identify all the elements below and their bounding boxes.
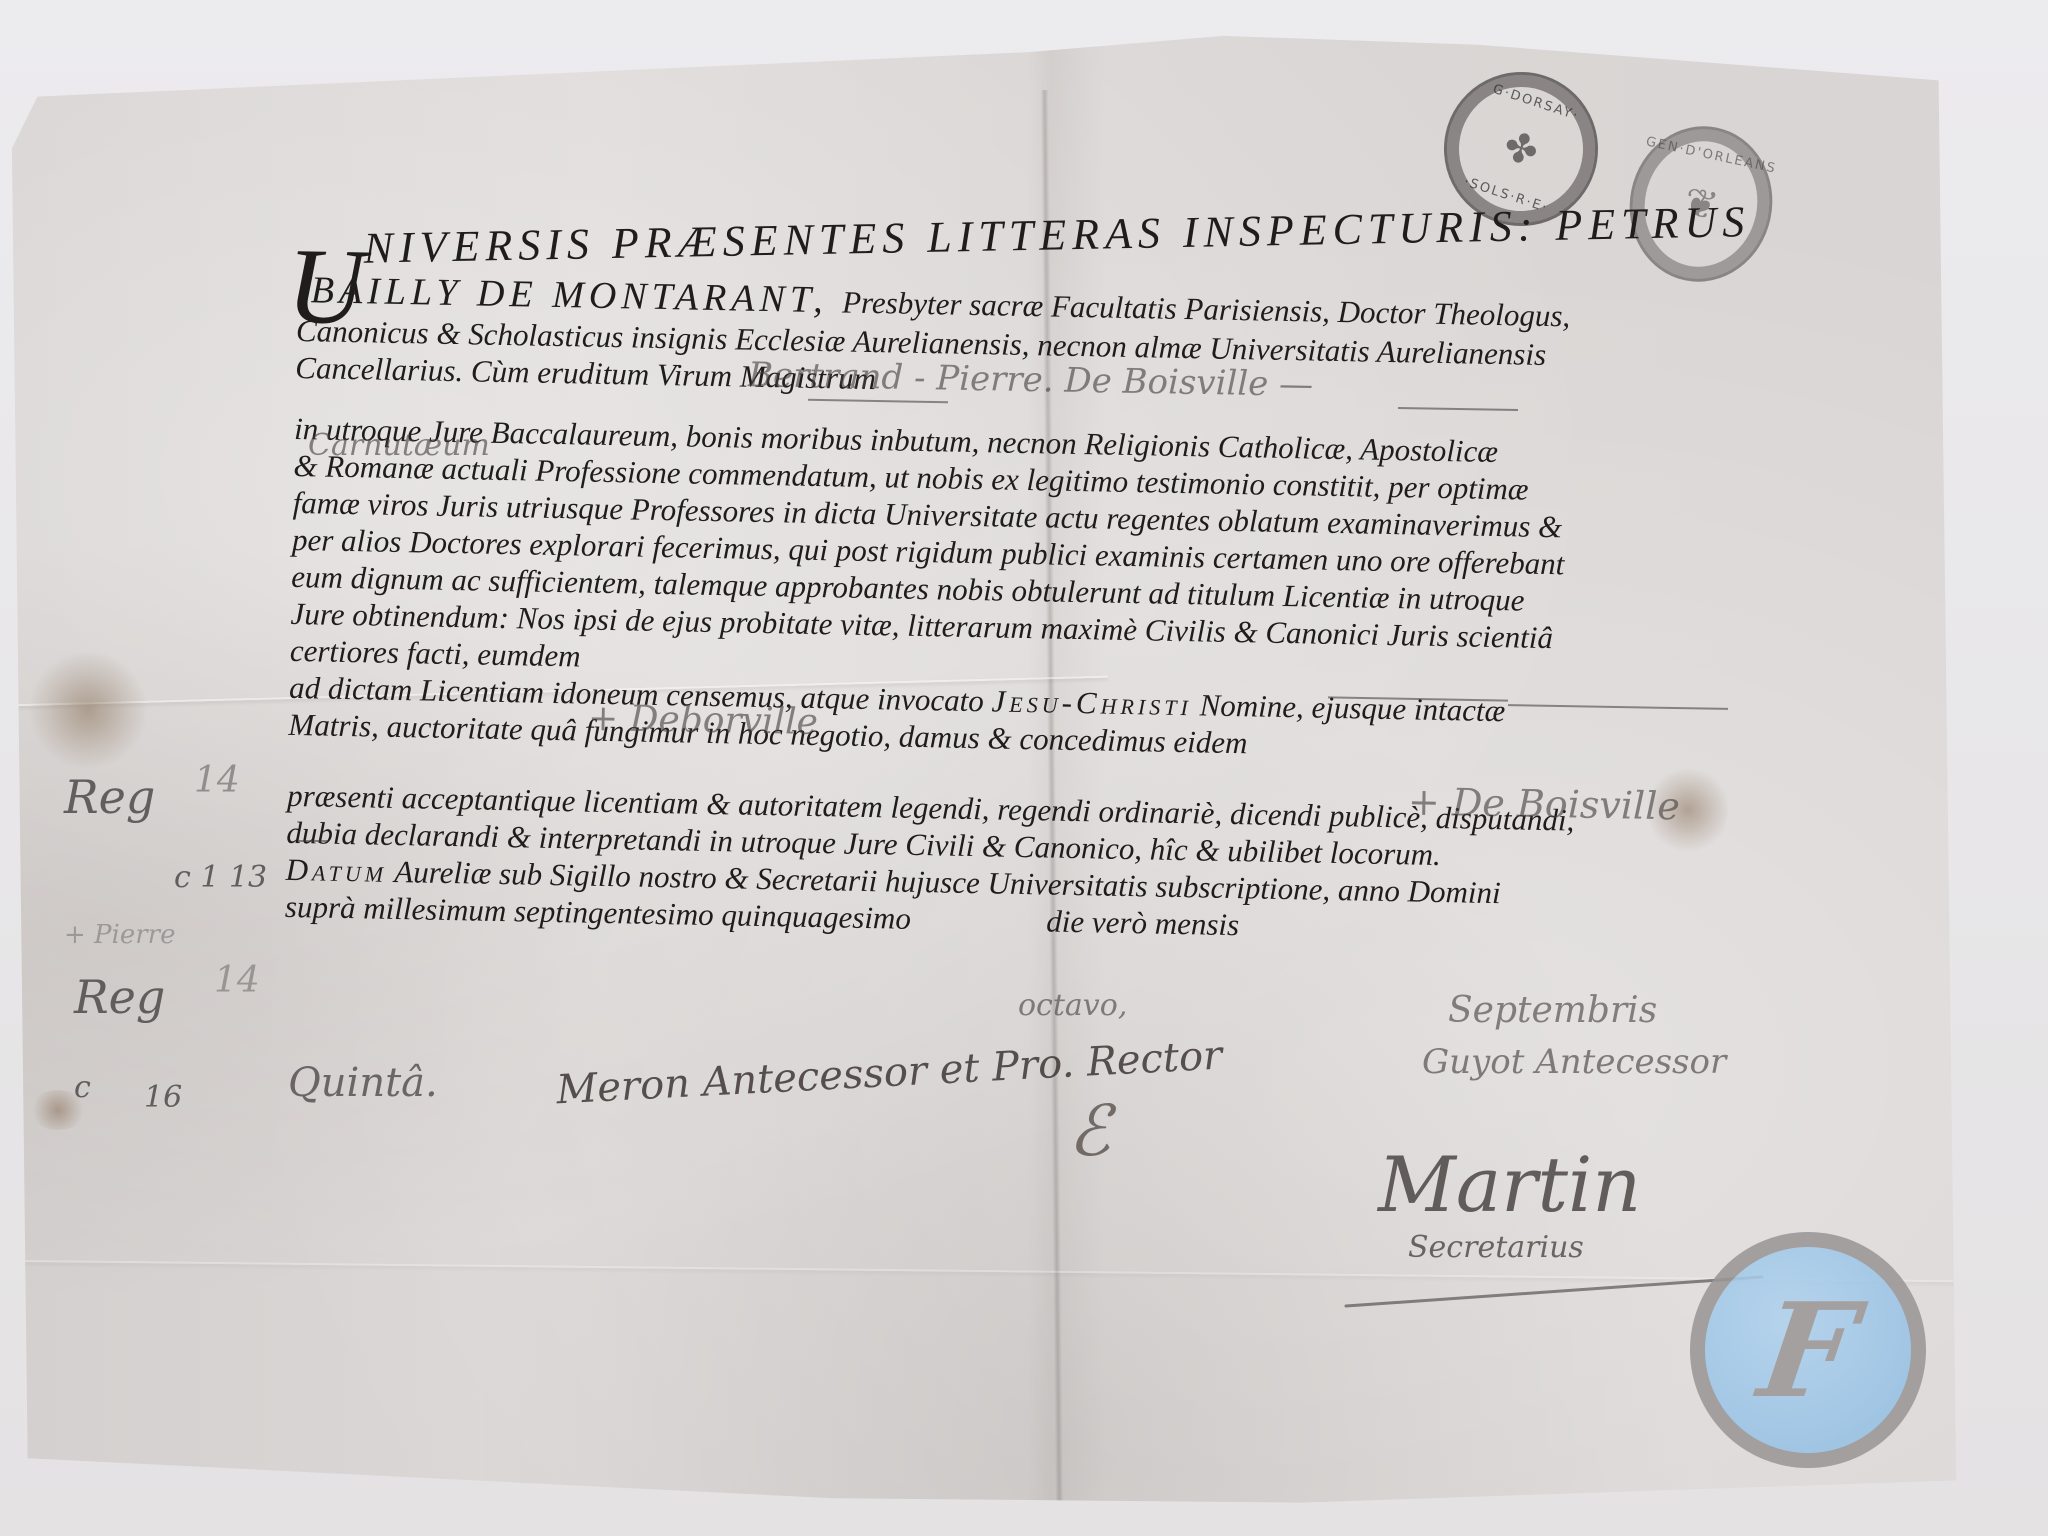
margin-note: + Pierre xyxy=(64,920,176,950)
margin-note: 14 xyxy=(214,960,260,1001)
handwritten-month: Septembris xyxy=(1448,990,1657,1031)
secretary-title: Secretarius xyxy=(1408,1230,1584,1265)
margin-note: c xyxy=(74,1070,91,1105)
palm-fleur-de-lis-icon: ✤ xyxy=(1498,121,1544,176)
signature-antecessor: Guyot Antecessor xyxy=(1422,1042,1726,1082)
signature-paraph: ℰ xyxy=(1068,1090,1110,1172)
photo-stage: G·DORSAY· ✤ ·SOLS·R·E· GEN·D'ORLEANS ❦ U… xyxy=(0,0,2048,1536)
text-segment: die verò mensis xyxy=(1046,903,1239,942)
jesu-christi-smallcaps: Jesu-Christi xyxy=(991,683,1192,722)
text-segment: Nomine, ejusque intactæ xyxy=(1199,687,1505,728)
signature-pro-rector: Meron Antecessor et Pro. Rector xyxy=(555,1033,1223,1114)
handwritten-name-2: + Deborville xyxy=(588,698,819,743)
margin-notes: Reg 14 c 1 13 + Pierre Reg 14 c 16 xyxy=(44,730,304,1150)
margin-note: c 1 13 xyxy=(174,860,267,895)
handwritten-origin: Carnutæum xyxy=(308,428,490,463)
handwritten-name-3: + De Boisville xyxy=(1408,780,1681,829)
heading-line-1: NIVERSIS PRÆSENTES LITTERAS INSPECTURIS:… xyxy=(297,202,1738,270)
margin-note: 14 xyxy=(194,760,240,801)
handwritten-day: Quintâ. xyxy=(288,1060,438,1106)
margin-note: Reg xyxy=(74,970,165,1024)
seal-top-text: GEN·D'ORLEANS xyxy=(1643,134,1779,177)
diploma-text: U NIVERSIS PRÆSENTES LITTERAS INSPECTURI… xyxy=(285,230,1738,953)
f-letter-icon: F xyxy=(1751,1274,1865,1427)
signature-secretary: Martin xyxy=(1378,1140,1641,1229)
seal-top-text: G·DORSAY· xyxy=(1463,73,1608,133)
horizontal-crease xyxy=(8,1260,1958,1282)
margin-note: 16 xyxy=(144,1080,182,1115)
chancellor-name: BAILLY DE MONTARANT, xyxy=(310,269,828,321)
parchment-sheet: G·DORSAY· ✤ ·SOLS·R·E· GEN·D'ORLEANS ❦ U… xyxy=(8,30,1968,1510)
margin-note: Reg xyxy=(64,770,155,824)
watermark-disc: F xyxy=(1705,1247,1911,1453)
handwritten-year: octavo, xyxy=(1018,988,1127,1023)
f-logo-watermark: F xyxy=(1690,1232,1926,1468)
